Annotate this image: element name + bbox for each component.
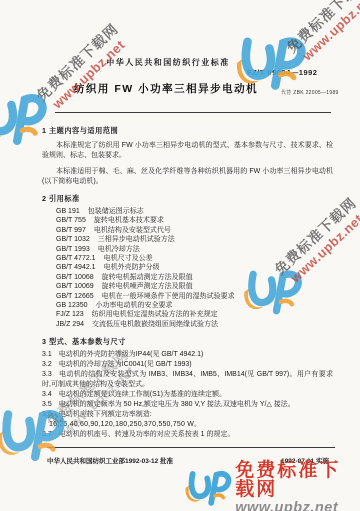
reference-item: GB/T 997电机结构及安装型式代号 xyxy=(56,226,333,235)
clause-number: 3.5 xyxy=(42,401,52,408)
reference-title: 纺织用电机恒定湿热试验方法的补充规定 xyxy=(92,311,218,318)
brand-site-url: www.upbz.net xyxy=(235,501,360,511)
reference-list: GB 191包装储运图示标志 GB/T 755旋转电机基本技术要求 GB/T 9… xyxy=(42,207,333,329)
upbz-logo-icon xyxy=(0,90,48,148)
replaces-note: 代替 ZBK 22005—1989 xyxy=(281,89,339,96)
reference-item: GB/T 4942.1电机外壳防护分级 xyxy=(56,263,333,272)
reference-item: GB/T 10068旋转电机振动测定方法及限值 xyxy=(56,273,333,282)
reference-title: 电机外壳防护分级 xyxy=(104,264,160,271)
clause: 3.3电动机的结构及安装型式为 IMB3、IMB34、IMB5、IMB14(见 … xyxy=(42,370,333,390)
clause: 3.1电动机的外壳防护等级为IP44(见 GB/T 4942.1) xyxy=(42,350,333,360)
reference-code: GB/T 1032 xyxy=(56,235,90,244)
clause-number: 3.4 xyxy=(42,391,52,398)
reference-code: GB/T 10069 xyxy=(56,282,94,291)
reference-title: 三相异步电动机试验方法 xyxy=(98,236,175,243)
reference-code: JB/Z 294 xyxy=(56,320,84,329)
reference-item: GB/T 4772.1电机尺寸及公差 xyxy=(56,254,333,263)
reference-code: GB/T 1993 xyxy=(56,245,90,254)
document-body: 1 主题内容与适用范围 本标准规定了纺织用 FW 小功率三相异步电动机的型式、基… xyxy=(42,126,333,439)
brand-text: 免费标准下载网 www.upbz.net xyxy=(235,461,360,511)
clause-text: 电动机应按下列额定功率制造: xyxy=(59,411,152,418)
clause-text: 电动机的定额是以连续工作制(S1)为基准的连续定额。 xyxy=(59,391,226,398)
clause-text: 电动机的冷却方法为IC0041(见 GB/T 1993) xyxy=(59,361,192,368)
section-1-paragraph: 本标准规定了纺织用 FW 小功率三相异步电动机的型式、基本参数与尺寸、技术要求、… xyxy=(42,141,333,161)
reference-title: 电机在一般环境条件下使用的湿热试验要求 xyxy=(102,293,235,300)
watermark-site-url: www.upbz.net xyxy=(29,17,149,131)
reference-title: 电机结构及安装型式代号 xyxy=(94,227,171,234)
section-2-heading: 2 引用标准 xyxy=(42,194,333,203)
clause-number: 3.1 xyxy=(42,351,52,358)
section-1-paragraph: 本标准适用于棉、毛、麻、丝及化学纤维等各种纺织机器用的 FW 小功率三相异步电动… xyxy=(42,167,333,187)
clause-number: 3.2 xyxy=(42,361,52,368)
upbz-brand-block: 免费标准下载网 www.upbz.net xyxy=(183,461,360,511)
reference-code: GB/T 12665 xyxy=(56,292,94,301)
reference-item: JB/Z 294交流低压电机散嵌绕组匝间绝缘试验方法 xyxy=(56,320,333,329)
reference-code: GB/T 10068 xyxy=(56,273,94,282)
reference-code: GB/T 4942.1 xyxy=(56,263,96,272)
approval-text: 中华人民共和国纺织工业部1992-03-12 批准 xyxy=(47,456,173,465)
authority-label: 中华人民共和国纺织行业标准 xyxy=(0,57,336,68)
reference-title: 旋转电机噪声测定方法及限值 xyxy=(102,283,193,290)
reference-title: 小功率电动机的安全要求 xyxy=(96,302,173,309)
reference-code: FJ/Z 123 xyxy=(56,310,84,319)
clause: 3.6电动机应按下列额定功率制造: xyxy=(42,410,333,420)
reference-code: GB/T 4772.1 xyxy=(56,254,96,263)
reference-item: GB/T 1993电机冷却方法 xyxy=(56,245,333,254)
clause-text: 电动机的机座号、转速及功率的对应关系按表 1 的规定。 xyxy=(59,431,235,438)
clause-text: 电动机的额定频率为 50 Hz,额定电压为 380 V,Y 接法,双速电机为 Y… xyxy=(59,401,295,408)
reference-title: 交流低压电机散嵌绕组匝间绝缘试验方法 xyxy=(92,321,218,328)
clause-number: 3.7 xyxy=(42,431,52,438)
reference-item: GB 191包装储运图示标志 xyxy=(56,207,333,216)
reference-item: GB/T 1032三相异步电动机试验方法 xyxy=(56,235,333,244)
rated-power-series: 16,25,40,60,90,120,180,250,370,550,750 W… xyxy=(42,420,333,430)
standard-document-page: 中华人民共和国纺织行业标准 FZ/T 99004—1992 纺织用 FW 小功率… xyxy=(0,0,360,511)
reference-title: 旋转电机振动测定方法及限值 xyxy=(102,274,193,281)
clause: 3.5电动机的额定频率为 50 Hz,额定电压为 380 V,Y 接法,双速电机… xyxy=(42,400,333,410)
clause-text: 电动机的结构及安装型式为 IMB3、IMB34、IMB5、IMB14(见 GB/… xyxy=(42,371,333,388)
reference-item: GB/T 755旋转电机基本技术要求 xyxy=(56,216,333,225)
reference-title: 电机尺寸及公差 xyxy=(104,255,153,262)
reference-item: GB/T 12665电机在一般环境条件下使用的湿热试验要求 xyxy=(56,292,333,301)
upbz-logo-icon xyxy=(183,464,232,511)
clause-list: 3.1电动机的外壳防护等级为IP44(见 GB/T 4942.1) 3.2电动机… xyxy=(42,350,333,439)
reference-code: GB 191 xyxy=(56,207,80,216)
standard-number: FZ/T 99004—1992 xyxy=(247,68,317,77)
clause-text: 电动机的外壳防护等级为IP44(见 GB/T 4942.1) xyxy=(59,351,204,358)
reference-title: 包装储运图示标志 xyxy=(88,208,144,215)
clause-number: 3.6 xyxy=(42,411,52,418)
clause: 3.7电动机的机座号、转速及功率的对应关系按表 1 的规定。 xyxy=(42,430,333,440)
clause: 3.4电动机的定额是以连续工作制(S1)为基准的连续定额。 xyxy=(42,390,333,400)
section-1-heading: 1 主题内容与适用范围 xyxy=(42,126,333,135)
section-3-heading: 3 型式、基本参数与尺寸 xyxy=(42,337,333,346)
reference-code: GB/T 997 xyxy=(56,226,86,235)
header-divider xyxy=(55,112,331,113)
clause-number: 3.3 xyxy=(42,371,52,378)
reference-item: GB 12350小功率电动机的安全要求 xyxy=(56,301,333,310)
reference-item: FJ/Z 123纺织用电机恒定湿热试验方法的补充规定 xyxy=(56,310,333,319)
reference-code: GB/T 755 xyxy=(56,216,86,225)
brand-site-name: 免费标准下载网 xyxy=(235,461,360,499)
reference-item: GB/T 10069旋转电机噪声测定方法及限值 xyxy=(56,282,333,291)
reference-title: 电机冷却方法 xyxy=(98,246,140,253)
reference-title: 旋转电机基本技术要求 xyxy=(94,217,164,224)
clause: 3.2电动机的冷却方法为IC0041(见 GB/T 1993) xyxy=(42,360,333,370)
reference-code: GB 12350 xyxy=(56,301,88,310)
footer-divider xyxy=(47,447,335,448)
